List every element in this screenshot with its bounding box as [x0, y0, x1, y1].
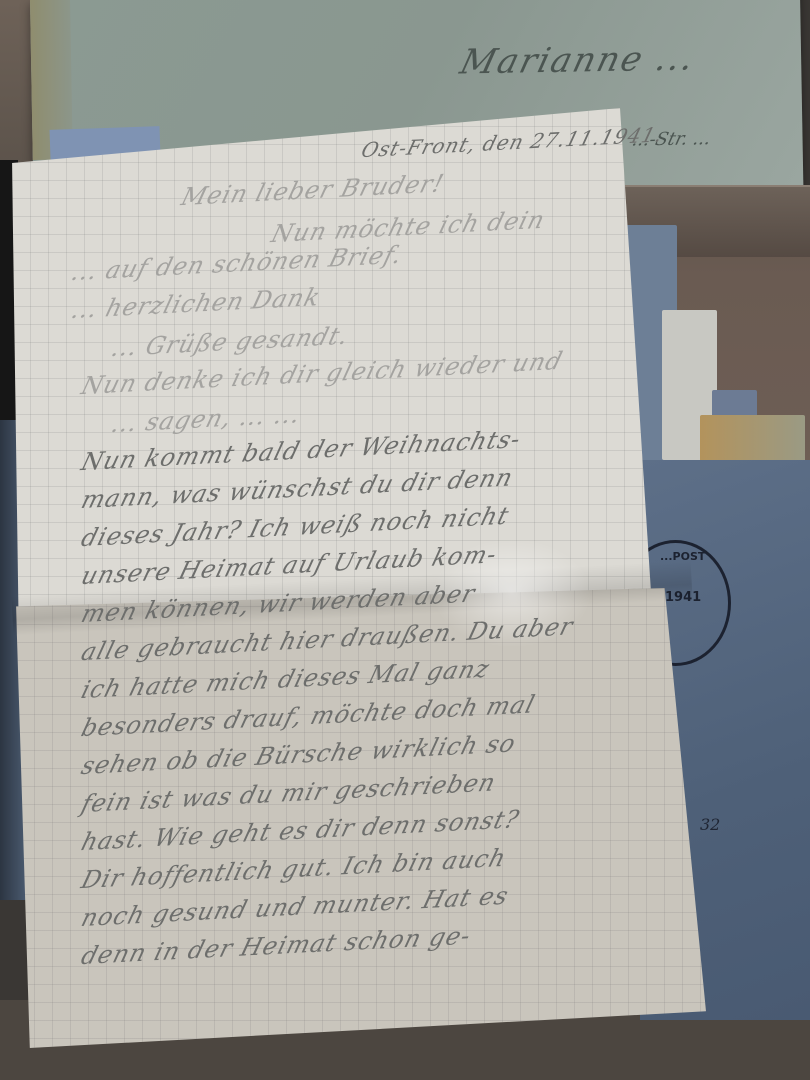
envelope-number: 32: [700, 815, 720, 834]
envelope-address: Marianne ...: [456, 38, 700, 82]
photo-scene: Marianne ... ...-Str. ... ...POST 1941 3…: [0, 0, 810, 1080]
handwritten-letter: Ost-Front, den 27.11.1941. Mein lieber B…: [12, 108, 702, 1068]
